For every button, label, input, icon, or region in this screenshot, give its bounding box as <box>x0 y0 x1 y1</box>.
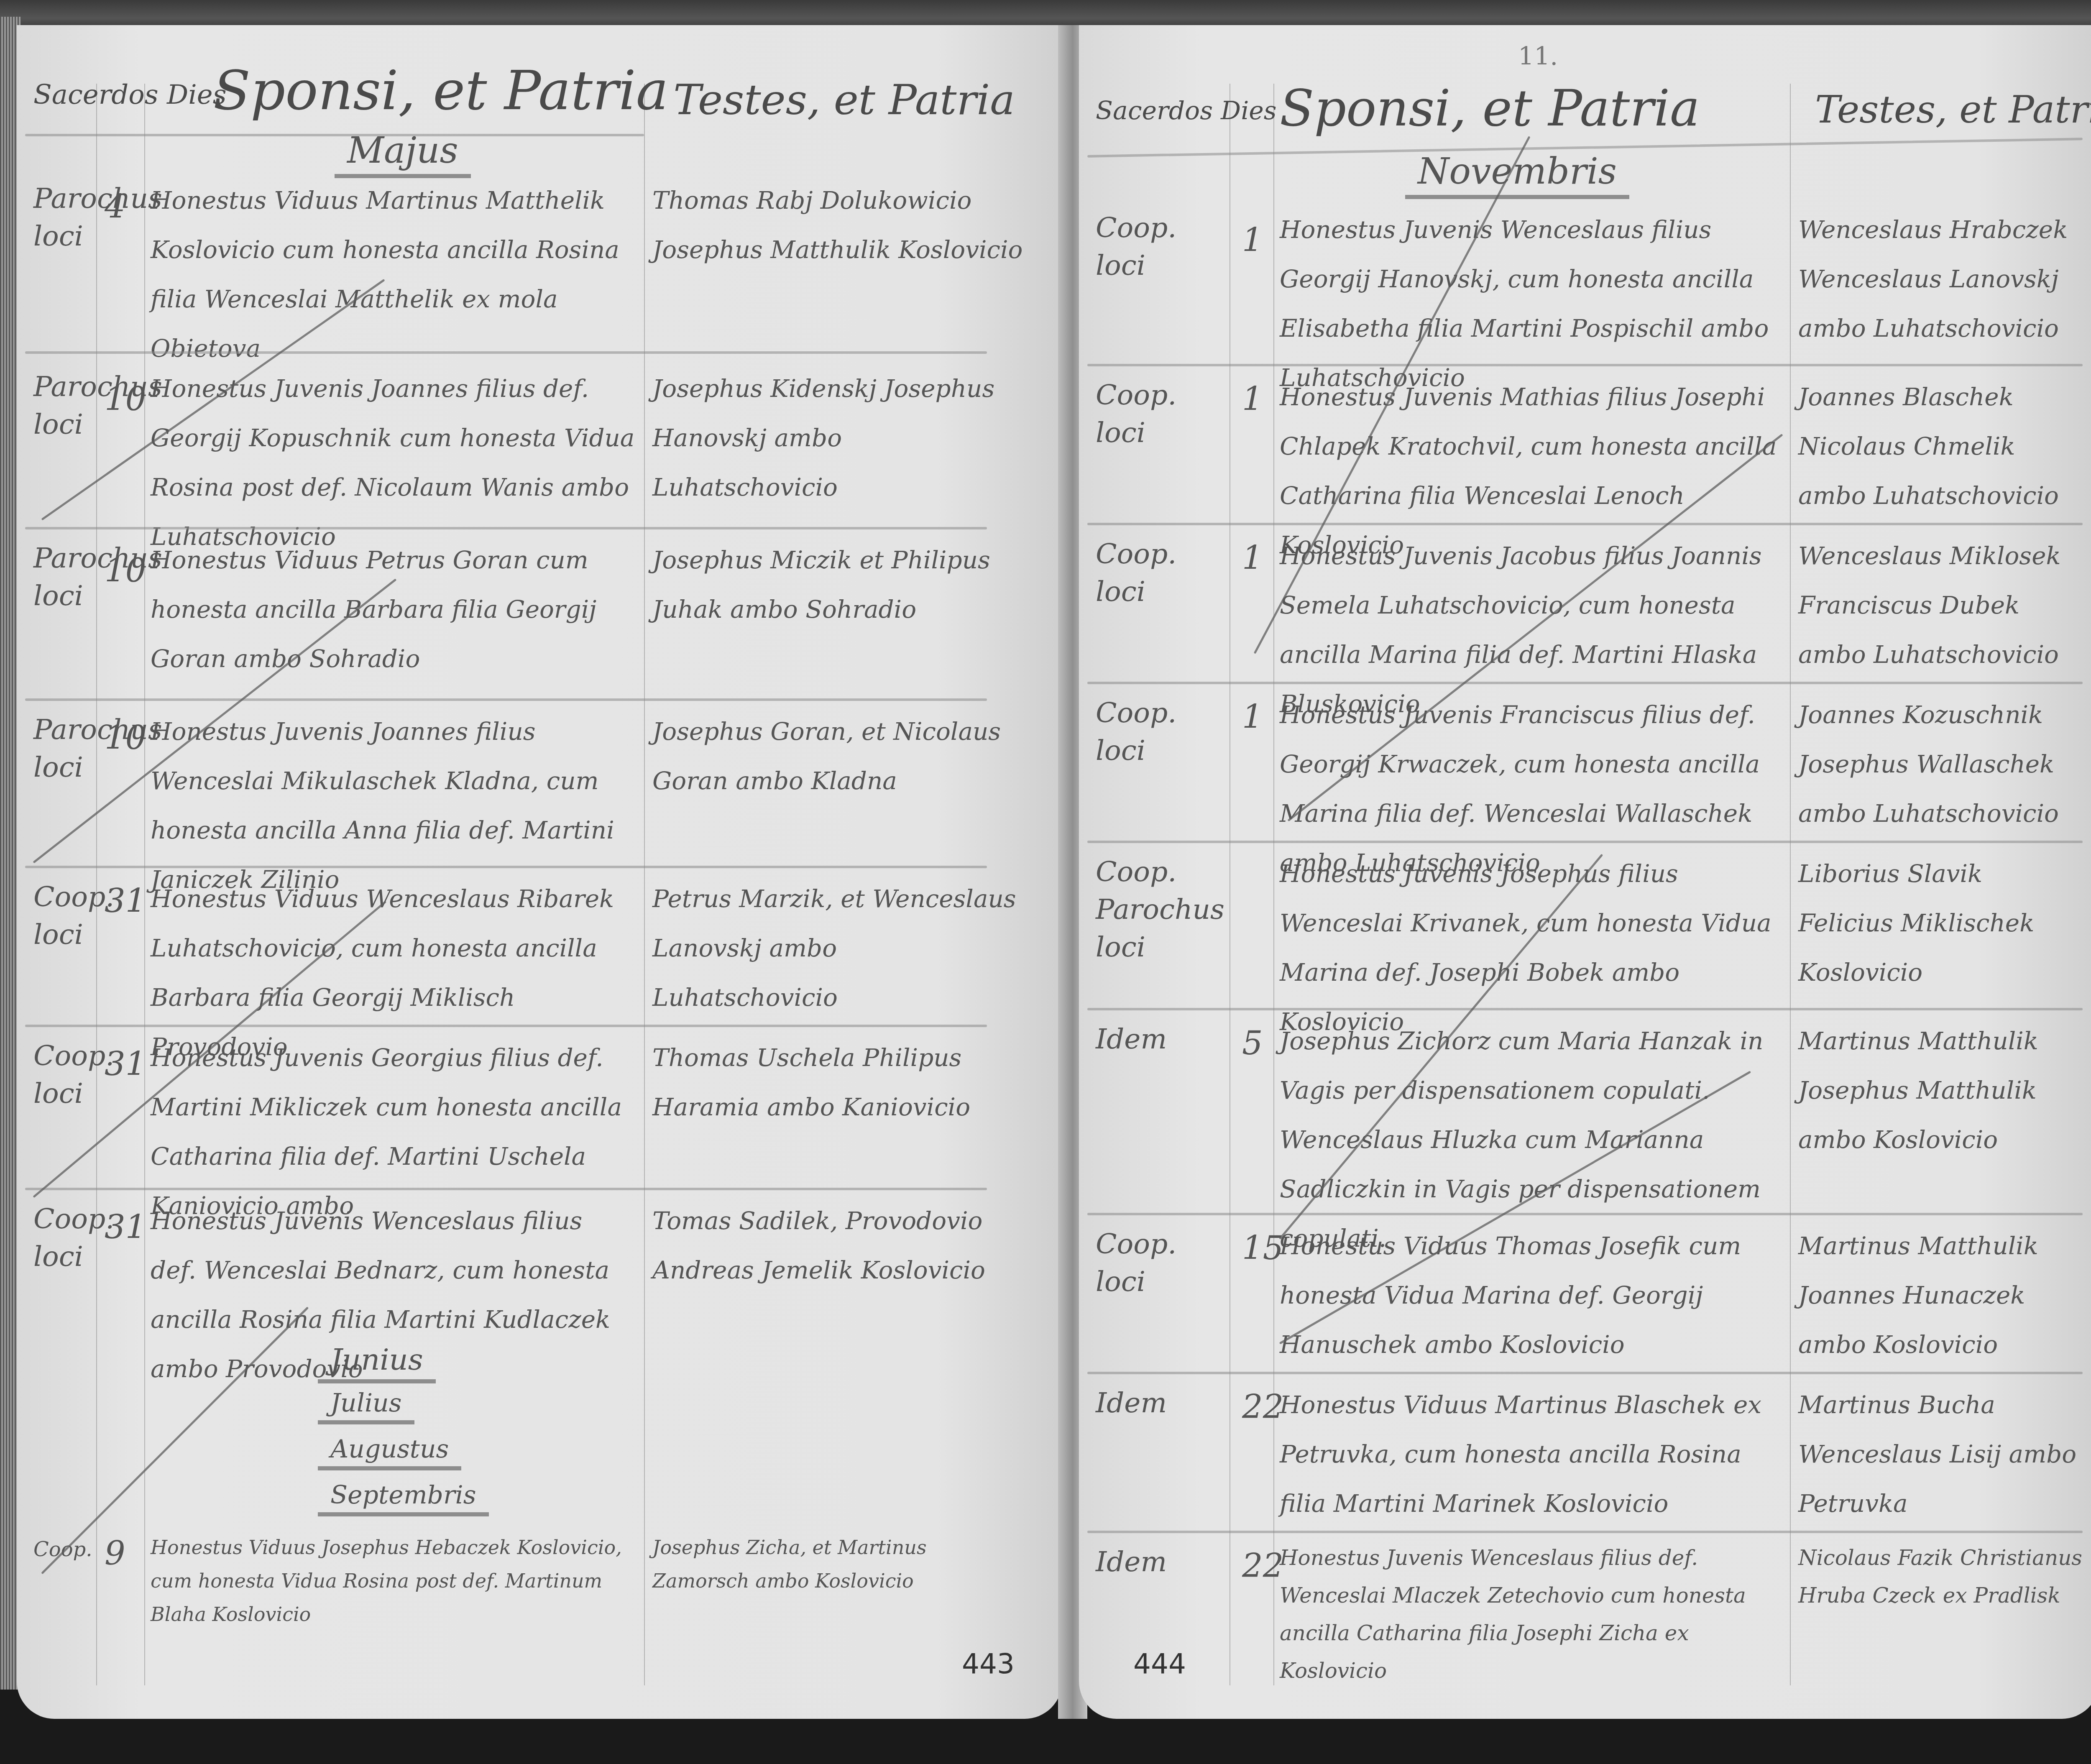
folio-mark: 11. <box>1518 42 1558 71</box>
entry-priest: Parochus loci <box>33 368 113 443</box>
register-entry: Parochus loci 10 Honestus Juvenis Joanne… <box>17 364 1041 523</box>
entry-day: 1 <box>1242 698 1263 736</box>
entry-testes: Thomas Uschela Philipus Haramia ambo Kan… <box>652 1033 1029 1132</box>
entry-day: 15 <box>1242 1230 1283 1267</box>
entry-day: 5 <box>1242 1025 1263 1062</box>
entry-testes: Josephus Miczik et Philipus Juhak ambo S… <box>652 535 1029 634</box>
column-header-priest-day: Sacerdos Dies <box>1096 96 1277 125</box>
register-entry: Parochus loci 10 Honestus Viduus Petrus … <box>17 535 1041 694</box>
entry-sponsi: Honestus Viduus Thomas Josefik cum hones… <box>1280 1221 1782 1369</box>
entry-priest: Idem <box>1096 1543 1221 1581</box>
month-heading: Julius <box>318 1388 414 1424</box>
entry-divider <box>1087 523 2083 525</box>
entry-divider <box>25 351 987 354</box>
month-heading: Augustus <box>318 1434 461 1470</box>
entry-priest: Coop. loci <box>1096 376 1221 452</box>
entry-divider <box>1087 1008 2083 1010</box>
entry-priest: Parochus loci <box>33 180 113 255</box>
entry-divider <box>1087 1372 2083 1374</box>
entry-priest: Coop. loci <box>1096 694 1221 770</box>
entry-priest: Coop. loci <box>1096 1225 1221 1301</box>
register-entry: Coop. loci 1 Honestus Juvenis Mathias fi… <box>1079 372 2091 523</box>
register-entry: Idem 22 Honestus Viduus Martinus Blasche… <box>1079 1380 2091 1531</box>
entry-day: 4 <box>105 188 125 226</box>
right-page: 11. Sacerdos Dies Sponsi, et Patria Test… <box>1079 25 2091 1719</box>
column-header-priest-day: Sacerdos Dies <box>33 79 227 110</box>
column-header-testes: Testes, et Patria <box>673 75 1015 124</box>
entry-day: 10 <box>105 381 146 418</box>
entry-testes: Tomas Sadilek, Provodovio Andreas Jemeli… <box>652 1196 1029 1295</box>
column-header-testes: Testes, et Patria <box>1815 88 2091 132</box>
entry-priest: Coop. loci <box>33 878 113 954</box>
entry-divider <box>25 866 987 868</box>
entry-divider <box>1087 682 2083 684</box>
entry-day: 1 <box>1242 381 1263 418</box>
entry-testes: Wenceslaus Miklosek Franciscus Dubek amb… <box>1798 531 2083 679</box>
entry-testes: Liborius Slavik Felicius Miklischek Kosl… <box>1798 849 2083 997</box>
column-header-sponsi: Sponsi, et Patria <box>1280 79 1700 138</box>
entry-priest: Coop. <box>33 1531 113 1568</box>
register-entry: Parochus loci 4 Honestus Viduus Martinus… <box>17 176 1041 351</box>
entry-divider <box>1087 1213 2083 1215</box>
entry-day: 1 <box>1242 539 1263 577</box>
entry-priest: Coop. loci <box>33 1200 113 1276</box>
entry-testes: Josephus Kidenskj Josephus Hanovskj ambo… <box>652 364 1029 512</box>
register-entry: Coop. loci 31 Honestus Juvenis Wenceslau… <box>17 1196 1041 1347</box>
entry-divider <box>1087 841 2083 843</box>
entry-sponsi: Honestus Viduus Martinus Blaschek ex Pet… <box>1280 1380 1782 1528</box>
entry-day: 10 <box>105 719 146 757</box>
entry-priest: Parochus loci <box>33 711 113 786</box>
register-entry: Coop. loci 31 Honestus Juvenis Georgius … <box>17 1033 1041 1184</box>
entry-priest: Coop. Parochus loci <box>1096 853 1221 966</box>
entry-testes: Thomas Rabj Dolukowicio Josephus Matthul… <box>652 176 1029 274</box>
register-entry: Idem 5 Josephus Zichorz cum Maria Hanzak… <box>1079 1016 2091 1209</box>
entry-divider <box>25 698 987 701</box>
register-entry: Coop. loci 1 Honestus Juvenis Jacobus fi… <box>1079 531 2091 682</box>
entry-priest: Idem <box>1096 1384 1221 1422</box>
entry-sponsi: Honestus Viduus Josephus Hebaczek Koslov… <box>151 1531 636 1631</box>
entry-testes: Josephus Goran, et Nicolaus Goran ambo K… <box>652 707 1029 805</box>
entry-day: 22 <box>1242 1547 1283 1585</box>
entry-sponsi: Honestus Juvenis Wenceslaus filius def. … <box>1280 1539 1782 1690</box>
entry-testes: Petrus Marzik, et Wenceslaus Lanovskj am… <box>652 874 1029 1022</box>
entry-testes: Joannes Kozuschnik Josephus Wallaschek a… <box>1798 690 2083 838</box>
entry-testes: Nicolaus Fazik Christianus Hruba Czeck e… <box>1798 1539 2083 1614</box>
register-entry: Coop. loci 1 Honestus Juvenis Wenceslaus… <box>1079 205 2091 364</box>
entry-priest: Coop. loci <box>1096 209 1221 284</box>
entry-day: 10 <box>105 552 146 590</box>
register-entry-list-remaining: Coop. 9 Honestus Viduus Josephus Hebacze… <box>17 1531 1041 1681</box>
register-entry: Coop. loci 15 Honestus Viduus Thomas Jos… <box>1079 1221 2091 1372</box>
entry-sponsi: Honestus Viduus Martinus Matthelik Koslo… <box>151 176 636 373</box>
entry-priest: Coop. loci <box>33 1037 113 1112</box>
entry-sponsi: Honestus Viduus Petrus Goran cum honesta… <box>151 535 636 683</box>
entry-day: 1 <box>1242 222 1263 259</box>
entry-divider <box>1087 364 2083 366</box>
entry-priest: Parochus loci <box>33 539 113 615</box>
left-page: Sacerdos Dies Sponsi, et Patria Testes, … <box>17 25 1062 1719</box>
month-heading: Junius <box>318 1342 436 1383</box>
open-book: Sacerdos Dies Sponsi, et Patria Testes, … <box>0 25 2091 1723</box>
column-header-sponsi: Sponsi, et Patria <box>213 59 668 122</box>
entry-divider <box>25 1025 987 1027</box>
entry-priest: Coop. loci <box>1096 535 1221 611</box>
entry-divider <box>25 1188 987 1190</box>
entry-divider <box>25 527 987 529</box>
entry-testes: Martinus Matthulik Josephus Matthulik am… <box>1798 1016 2083 1164</box>
entry-testes: Josephus Zicha, et Martinus Zamorsch amb… <box>652 1531 1029 1598</box>
entry-testes: Wenceslaus Hrabczek Wenceslaus Lanovskj … <box>1798 205 2083 353</box>
page-number: 444 <box>1133 1648 1186 1680</box>
register-entry: Coop. loci 31 Honestus Viduus Wenceslaus… <box>17 874 1041 1025</box>
register-entry: Coop. loci 1 Honestus Juvenis Franciscus… <box>1079 690 2091 841</box>
entry-priest: Idem <box>1096 1020 1221 1058</box>
entry-testes: Martinus Bucha Wenceslaus Lisij ambo Pet… <box>1798 1380 2083 1528</box>
register-entry: Idem 22 Honestus Juvenis Wenceslaus fili… <box>1079 1539 2091 1706</box>
entry-day: 31 <box>105 882 146 920</box>
entry-day: 31 <box>105 1209 146 1246</box>
entry-testes: Martinus Matthulik Joannes Hunaczek ambo… <box>1798 1221 2083 1369</box>
month-heading: Majus <box>335 130 471 178</box>
entry-day: 9 <box>105 1535 125 1572</box>
month-heading: Septembris <box>318 1480 489 1516</box>
entry-day: 22 <box>1242 1388 1283 1426</box>
register-entry: Parochus loci 10 Honestus Juvenis Joanne… <box>17 707 1041 866</box>
entry-testes: Joannes Blaschek Nicolaus Chmelik ambo L… <box>1798 372 2083 520</box>
page-number: 443 <box>962 1648 1015 1680</box>
entry-divider <box>1087 1531 2083 1533</box>
entry-day: 31 <box>105 1046 146 1083</box>
